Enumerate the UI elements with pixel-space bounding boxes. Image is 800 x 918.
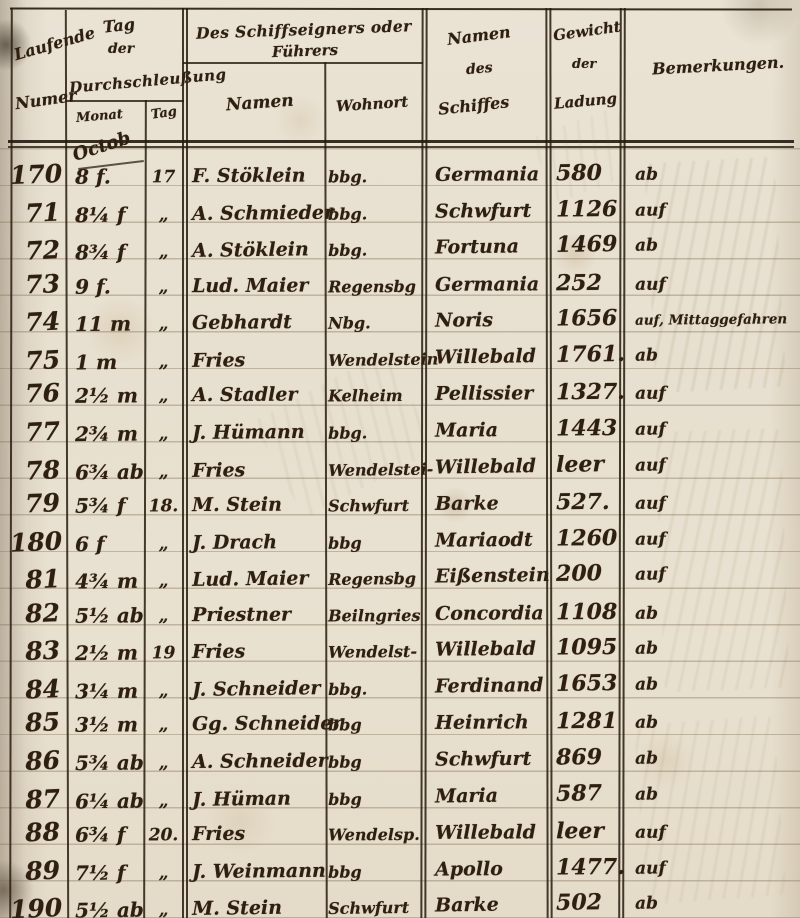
- table-row: 79 5¾ f 18. M. Stein Schwfurt Barke 527.…: [10, 477, 792, 518]
- cell-name: Lud. Maier: [188, 569, 325, 592]
- cell-ladung: 1281: [553, 710, 621, 734]
- header-gewicht-1: Gewicht: [552, 19, 621, 43]
- header-sub-line: [183, 62, 423, 64]
- header-bemerkungen: Bemerkungen.: [652, 55, 785, 78]
- cell-wohnort: bbg: [325, 534, 423, 553]
- header-tag: Tag: [102, 16, 135, 35]
- cell-zeit: 11 m: [66, 313, 144, 336]
- cell-ladung: 1327.: [553, 381, 621, 405]
- table-row: 82 5½ ab „ Priestner Beilngries Concordi…: [10, 587, 792, 628]
- header-monat: Monat: [76, 108, 124, 125]
- cell-nummer: 79: [10, 489, 67, 518]
- header-numer: Numer: [14, 88, 77, 112]
- cell-schiff: Concordia: [428, 604, 548, 626]
- cell-zeit: 7½ f: [66, 862, 144, 885]
- cell-bemerkung: auf: [626, 564, 792, 585]
- cell-schiff: Germania: [428, 274, 548, 296]
- ledger-page: Laufende Numer Tag der Durchschleußung M…: [0, 0, 800, 918]
- cell-zeit: 8¼ f: [66, 204, 144, 227]
- cell-tag: „: [144, 535, 183, 554]
- cell-tag: „: [144, 607, 183, 626]
- cell-bemerkung: ab: [626, 784, 792, 805]
- cell-ladung: 869: [553, 745, 621, 770]
- header-laufende: Laufende: [12, 25, 96, 63]
- cell-zeit: 6 f: [66, 533, 144, 556]
- header-durchschleusung: Durchschleußung: [69, 67, 227, 96]
- cell-bemerkung: auf: [626, 455, 792, 476]
- cell-bemerkung: ab: [626, 235, 792, 256]
- cell-bemerkung: ab: [626, 166, 792, 186]
- cell-nummer: 170: [10, 160, 67, 189]
- cell-tag: 20.: [144, 827, 183, 846]
- header-schiff-3: Schiffes: [437, 94, 510, 117]
- cell-name: Fries: [188, 824, 325, 846]
- cell-schiff: Barke: [428, 494, 548, 516]
- cell-tag: „: [144, 388, 183, 407]
- cell-wohnort: bbg: [325, 790, 423, 809]
- cell-name: Gebhardt: [188, 313, 325, 335]
- cell-wohnort: Schwfurt: [325, 900, 423, 918]
- cell-wohnort: bbg: [325, 717, 423, 736]
- cell-name: J. Hümann: [188, 422, 325, 444]
- cell-tag: „: [144, 278, 183, 297]
- table-row: 85 3½ m „ Gg. Schneider bbg Heinrich 128…: [10, 696, 792, 737]
- table-row: 170 8 f. 17 F. Stöklein bbg. Germania 58…: [10, 148, 792, 189]
- cell-wohnort: Beilngries: [325, 607, 423, 626]
- cell-zeit: 3½ m: [66, 714, 144, 736]
- cell-nummer: 86: [9, 747, 66, 776]
- cell-schiff: Ferdinand: [428, 675, 548, 698]
- header-der: der: [108, 42, 134, 56]
- cell-wohnort: Regensbg: [325, 570, 423, 589]
- cell-wohnort: bbg.: [325, 241, 423, 260]
- cell-name: Gg. Schneider: [188, 714, 325, 736]
- cell-ladung: 1260: [553, 526, 621, 551]
- cell-ladung: leer: [553, 820, 621, 844]
- cell-schiff: Maria: [428, 420, 548, 442]
- cell-ladung: 200: [553, 562, 621, 587]
- cell-nummer: 83: [9, 637, 66, 666]
- cell-schiff: Pellissier: [428, 384, 548, 406]
- cell-ladung: 527.: [553, 490, 621, 514]
- cell-schiff: Eißenstein: [428, 566, 548, 589]
- header-wohnort: Wohnort: [336, 94, 409, 114]
- header-sub-line: [66, 100, 184, 102]
- cell-zeit: 8 f.: [66, 166, 144, 188]
- cell-ladung: 1469: [553, 233, 621, 258]
- cell-schiff: Schwfurt: [428, 201, 548, 223]
- header-namen: Namen: [225, 93, 294, 115]
- cell-schiff: Schwfurt: [428, 749, 548, 771]
- cell-ladung: 1443: [553, 416, 621, 441]
- header-gewicht-3: Ladung: [553, 91, 617, 111]
- cell-nummer: 77: [9, 418, 66, 447]
- cell-name: J. Drach: [188, 532, 325, 554]
- table-row: 73 9 f. „ Lud. Maier Regensbg Germania 2…: [10, 258, 792, 299]
- cell-schiff: Willebald: [428, 346, 548, 369]
- cell-name: J. Weinmann: [188, 861, 325, 883]
- cell-ladung: 1656: [553, 307, 621, 332]
- cell-ladung: 1108: [553, 600, 621, 624]
- cell-tag: „: [144, 717, 183, 736]
- cell-name: A. Stöklein: [188, 240, 325, 263]
- cell-schiff: Fortuna: [428, 237, 548, 260]
- cell-schiff: Germania: [428, 165, 548, 187]
- cell-ladung: 587: [553, 781, 621, 806]
- cell-ladung: 252: [553, 271, 621, 295]
- cell-wohnort: bbg.: [325, 205, 423, 224]
- cell-tag: 19: [144, 645, 183, 664]
- cell-name: Fries: [188, 642, 325, 664]
- cell-zeit: 5½ ab: [66, 605, 144, 627]
- cell-nummer: 82: [10, 599, 67, 628]
- cell-schiff: Willebald: [428, 823, 548, 845]
- cell-wohnort: Schwfurt: [325, 498, 423, 517]
- cell-bemerkung: ab: [626, 674, 792, 695]
- cell-name: M. Stein: [188, 898, 325, 918]
- cell-tag: 18.: [144, 498, 183, 517]
- cell-tag: „: [144, 755, 183, 774]
- cell-schiff: Heinrich: [428, 713, 548, 735]
- cell-name: M. Stein: [188, 495, 325, 517]
- cell-schiff: Barke: [428, 895, 548, 918]
- cell-wohnort: Wendelst-: [325, 644, 423, 663]
- header-gewicht-2: der: [572, 58, 596, 71]
- header-schiff-1: Namen: [446, 24, 511, 48]
- cell-wohnort: Wendelsp.: [325, 827, 423, 846]
- header-fuehrers: Führers: [272, 43, 338, 60]
- cell-name: A. Schmieder: [188, 203, 325, 225]
- cell-zeit: 5¾ ab: [66, 752, 144, 775]
- cell-schiff: Mariaodt: [428, 530, 548, 552]
- cell-wohnort: bbg.: [325, 168, 423, 187]
- cell-tag: 17: [144, 169, 183, 188]
- cell-name: A. Stadler: [188, 385, 325, 407]
- cell-nummer: 71: [9, 198, 66, 227]
- cell-bemerkung: ab: [626, 345, 792, 366]
- cell-zeit: 5¾ f: [66, 495, 144, 517]
- cell-ladung: 1653: [553, 671, 621, 696]
- cell-schiff: Apollo: [428, 859, 548, 881]
- cell-schiff: Maria: [428, 785, 548, 808]
- table-row: 88 6¾ f 20. Fries Wendelsp. Willebald le…: [10, 806, 792, 847]
- cell-wohnort: Kelheim: [325, 388, 423, 407]
- cell-nummer: 180: [9, 527, 66, 556]
- cell-nummer: 73: [10, 270, 67, 299]
- cell-nummer: 89: [9, 857, 66, 886]
- cell-zeit: 5½ ab: [66, 899, 144, 918]
- cell-ladung: 1477.: [553, 855, 621, 880]
- cell-name: A. Schneider: [188, 751, 325, 773]
- cell-tag: „: [144, 902, 183, 918]
- cell-tag: „: [144, 316, 183, 335]
- cell-ladung: leer: [553, 452, 621, 477]
- cell-tag: „: [144, 426, 183, 445]
- cell-wohnort: bbg.: [325, 680, 423, 699]
- cell-zeit: 2½ m: [66, 642, 144, 665]
- table-top-border: [10, 7, 792, 10]
- cell-zeit: 6¾ f: [66, 824, 144, 846]
- cell-nummer: 74: [9, 308, 66, 337]
- cell-ladung: 1095: [553, 636, 621, 661]
- cell-wohnort: bbg: [325, 863, 423, 882]
- cell-wohnort: Wendelstei-: [325, 461, 423, 480]
- cell-tag: „: [144, 206, 183, 225]
- header-schiff-2: des: [465, 61, 493, 77]
- cell-tag: „: [144, 864, 183, 883]
- cell-wohnort: Regensbg: [325, 278, 423, 297]
- cell-ladung: 502: [553, 891, 621, 916]
- cell-ladung: 1126: [553, 197, 621, 222]
- cell-ladung: 580: [553, 161, 621, 185]
- cell-zeit: 9 f.: [66, 276, 144, 298]
- cell-nummer: 76: [10, 380, 67, 409]
- cell-name: Lud. Maier: [188, 276, 325, 298]
- cell-name: Priestner: [188, 605, 325, 627]
- cell-bemerkung: auf: [626, 495, 792, 515]
- table-row: 76 2½ m „ A. Stadler Kelheim Pellissier …: [10, 367, 792, 408]
- cell-nummer: 85: [10, 709, 67, 738]
- cell-zeit: 2¾ m: [66, 423, 144, 446]
- cell-wohnort: bbg.: [325, 424, 423, 443]
- header-schiffseigner: Des Schiffseigners oder: [196, 18, 412, 41]
- cell-schiff: Willebald: [428, 639, 548, 661]
- cell-wohnort: bbg: [325, 753, 423, 772]
- cell-bemerkung: ab: [626, 893, 792, 914]
- cell-ladung: 1761.: [553, 342, 621, 367]
- cell-name: F. Stöklein: [188, 166, 325, 188]
- cell-wohnort: Wendelstein: [325, 351, 423, 370]
- header-sub-tag: Tag: [150, 105, 178, 121]
- cell-schiff: Willebald: [428, 456, 548, 479]
- cell-zeit: 2½ m: [66, 385, 144, 407]
- cell-nummer: 190: [9, 895, 66, 918]
- table-body: 170 8 f. 17 F. Stöklein bbg. Germania 58…: [10, 150, 792, 918]
- cell-schiff: Noris: [428, 310, 548, 332]
- cell-wohnort: Nbg.: [325, 315, 423, 334]
- cell-nummer: 88: [10, 818, 67, 847]
